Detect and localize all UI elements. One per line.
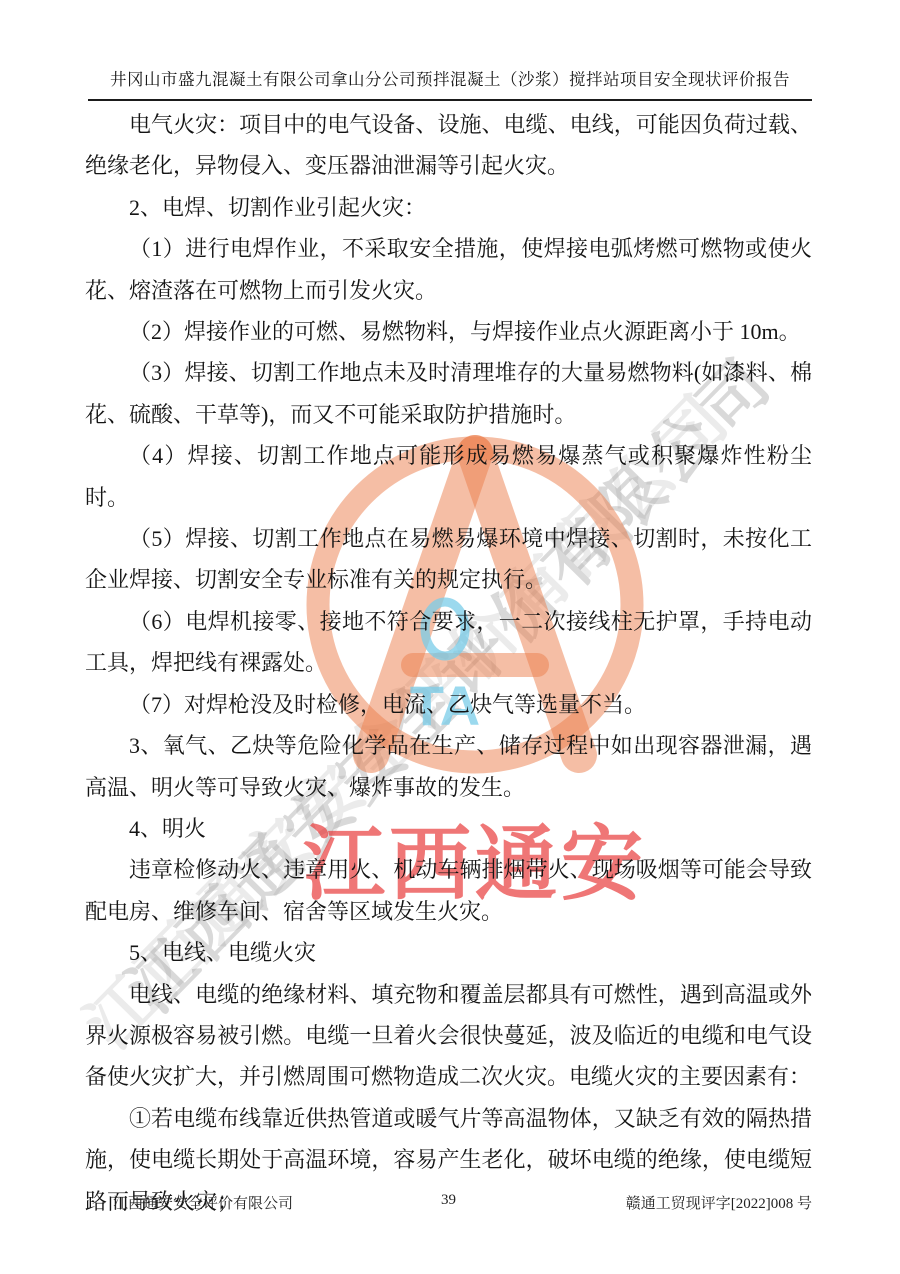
body-paragraph: （4）焊接、切割工作地点可能形成易燃易爆蒸气或积聚爆炸性粉尘时。 [85, 435, 812, 518]
page-header-title: 井冈山市盛九混凝土有限公司拿山分公司预拌混凝土（沙浆）搅拌站项目安全现状评价报告 [88, 66, 812, 101]
body-paragraph: （1）进行电焊作业，不采取安全措施，使焊接电弧烤燃可燃物或使火花、熔渣落在可燃物… [85, 228, 812, 311]
body-paragraph: （2）焊接作业的可燃、易燃物料，与焊接作业点火源距离小于 10m。 [85, 311, 812, 352]
body-paragraph: 违章检修动火、违章用火、机动车辆排烟带火、现场吸烟等可能会导致配电房、维修车间、… [85, 849, 812, 932]
content-layer: 井冈山市盛九混凝土有限公司拿山分公司预拌混凝土（沙浆）搅拌站项目安全现状评价报告… [0, 0, 900, 1274]
body-paragraph: 5、电线、电缆火灾 [85, 932, 812, 973]
body-paragraph: 电线、电缆的绝缘材料、填充物和覆盖层都具有可燃性，遇到高温或外界火源极容易被引燃… [85, 974, 812, 1098]
body-paragraph: （6）电焊机接零、接地不符合要求，一二次接线柱无护罩，手持电动工具，焊把线有裸露… [85, 601, 812, 684]
body-paragraph: 电气火灾：项目中的电气设备、设施、电缆、电线，可能因负荷过载、绝缘老化，异物侵入… [85, 104, 812, 187]
body-paragraph: （3）焊接、切割工作地点未及时清理堆存的大量易燃物料(如漆料、棉花、硫酸、干草等… [85, 352, 812, 435]
body-text: 电气火灾：项目中的电气设备、设施、电缆、电线，可能因负荷过载、绝缘老化，异物侵入… [85, 104, 812, 1222]
body-paragraph: 2、电焊、切割作业引起火灾： [85, 187, 812, 228]
body-paragraph: 3、氧气、乙炔等危险化学品在生产、储存过程中如出现容器泄漏，遇高温、明火等可导致… [85, 725, 812, 808]
body-paragraph: 4、明火 [85, 808, 812, 849]
body-paragraph: （7）对焊枪没及时检修，电流、乙炔气等选量不当。 [85, 684, 812, 725]
footer-page-number: 39 [85, 1192, 812, 1209]
body-paragraph: （5）焊接、切割工作地点在易燃易爆环境中焊接、切割时，未按化工企业焊接、切割安全… [85, 518, 812, 601]
document-page: { "page": { "header": { "title": "井冈山市盛九… [0, 0, 900, 1274]
page-footer: 江西通安安全评价有限公司 39 赣通工贸现评字[2022]008 号 [85, 1192, 812, 1213]
